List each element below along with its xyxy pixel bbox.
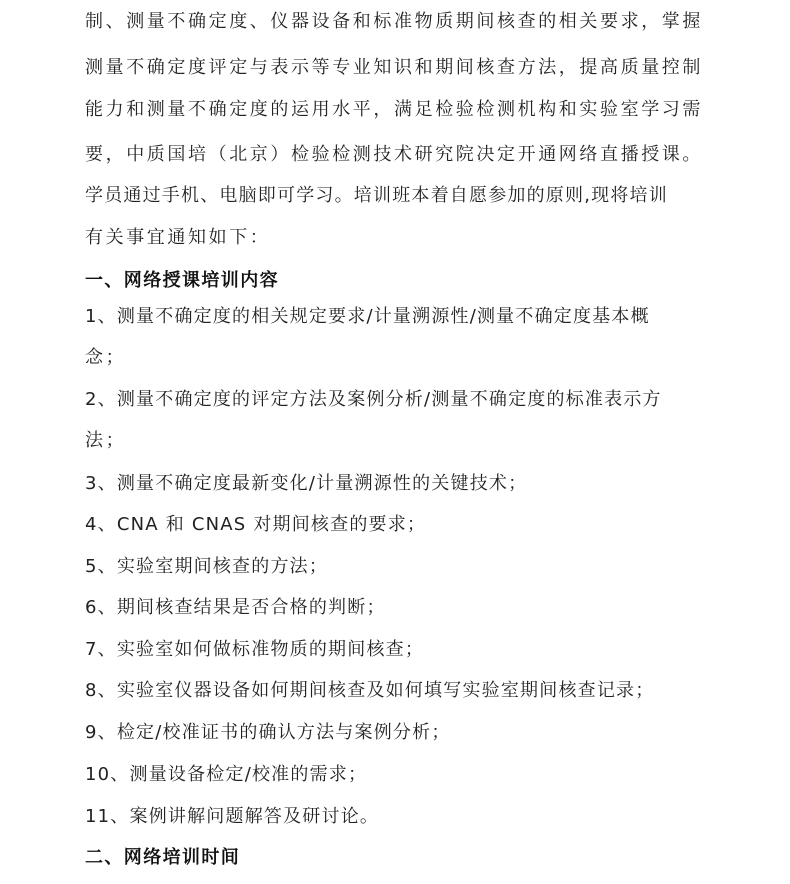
intro-line: 测量不确定度评定与表示等专业知识和期间核查方法，提高质量控制 [85,56,703,80]
list-item: 5、实验室期间核查的方法； [85,555,328,579]
list-item: 2、测量不确定度的评定方法及案例分析/测量不确定度的标准表示方 [85,388,662,412]
list-item-continuation: 法； [85,429,126,453]
list-item: 6、期间核查结果是否合格的判断； [85,596,386,620]
list-item: 10、测量设备检定/校准的需求； [85,763,367,787]
intro-line: 要，中质国培（北京）检验检测技术研究院决定开通网络直播授课。 [85,143,703,167]
list-item: 8、实验室仪器设备如何期间核查及如何填写实验室期间核查记录； [85,679,654,703]
list-item: 9、检定/校准证书的确认方法与案例分析； [85,721,451,745]
intro-line: 有关事宜通知如下： [85,226,270,250]
intro-line: 制、测量不确定度、仪器设备和标准物质期间核查的相关要求，掌握 [85,10,703,34]
list-item: 11、案例讲解问题解答及研讨论。 [85,805,379,829]
intro-line: 能力和测量不确定度的运用水平，满足检验检测机构和实验室学习需 [85,98,703,122]
list-item: 1、测量不确定度的相关规定要求/计量溯源性/测量不确定度基本概 [85,305,650,329]
list-item: 4、CNA 和 CNAS 对期间核查的要求； [85,513,426,537]
section-heading-training-time: 二、网络培训时间 [85,846,240,870]
list-item: 7、实验室如何做标准物质的期间核查； [85,638,424,662]
section-heading-training-content: 一、网络授课培训内容 [85,269,279,293]
intro-line: 学员通过手机、电脑即可学习。培训班本着自愿参加的原则,现将培训 [85,184,668,208]
list-item-continuation: 念； [85,346,126,370]
list-item: 3、测量不确定度最新变化/计量溯源性的关键技术； [85,472,527,496]
